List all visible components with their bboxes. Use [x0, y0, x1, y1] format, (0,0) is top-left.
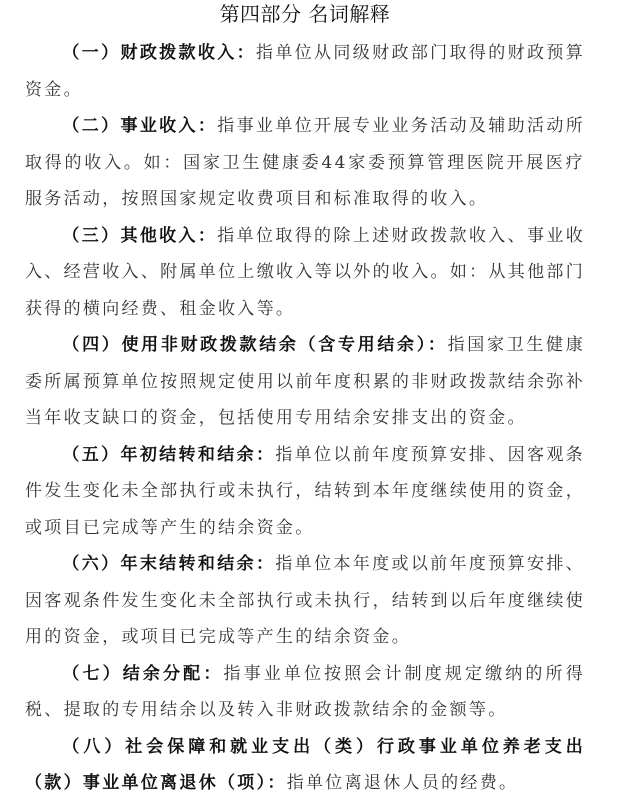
definition-entry-7: （七）结余分配：指事业单位按照会计制度规定缴纳的所得税、提取的专用结余以及转入非… [25, 656, 585, 729]
entry-definition: 指单位离退休人员的经费。 [287, 773, 519, 793]
entry-term: （一）财政拨款收入： [62, 43, 256, 63]
definition-entry-8: （八）社会保障和就业支出（类）行政事业单位养老支出（款）事业单位离退休（项）：指… [25, 729, 585, 799]
document-page: 第四部分 名词解释 （一）财政拨款收入：指单位从同级财政部门取得的财政预算资金。… [25, 0, 585, 799]
entry-term: （二）事业收入： [62, 116, 217, 136]
definition-entry-3: （三）其他收入：指单位取得的除上述财政拨款收入、事业收入、经营收入、附属单位上缴… [25, 218, 585, 328]
entry-term: （六）年末结转和结余： [62, 554, 275, 574]
definition-entry-6: （六）年末结转和结余：指单位本年度或以前年度预算安排、因客观条件发生变化未全部执… [25, 546, 585, 656]
definition-entry-1: （一）财政拨款收入：指单位从同级财政部门取得的财政预算资金。 [25, 35, 585, 108]
definition-entry-5: （五）年初结转和结余：指单位以前年度预算安排、因客观条件发生变化未全部执行或未执… [25, 437, 585, 547]
entry-term: （三）其他收入： [62, 226, 217, 246]
definition-entry-4: （四）使用非财政拨款结余（含专用结余）：指国家卫生健康委所属预算单位按照规定使用… [25, 327, 585, 437]
entry-term: （五）年初结转和结余： [62, 445, 275, 465]
entry-term: （四）使用非财政拨款结余（含专用结余）： [62, 335, 447, 355]
page-title: 第四部分 名词解释 [25, 0, 585, 28]
definition-entry-2: （二）事业收入：指事业单位开展专业业务活动及辅助活动所取得的收入。如：国家卫生健… [25, 108, 585, 218]
entry-term: （七）结余分配： [62, 664, 223, 684]
